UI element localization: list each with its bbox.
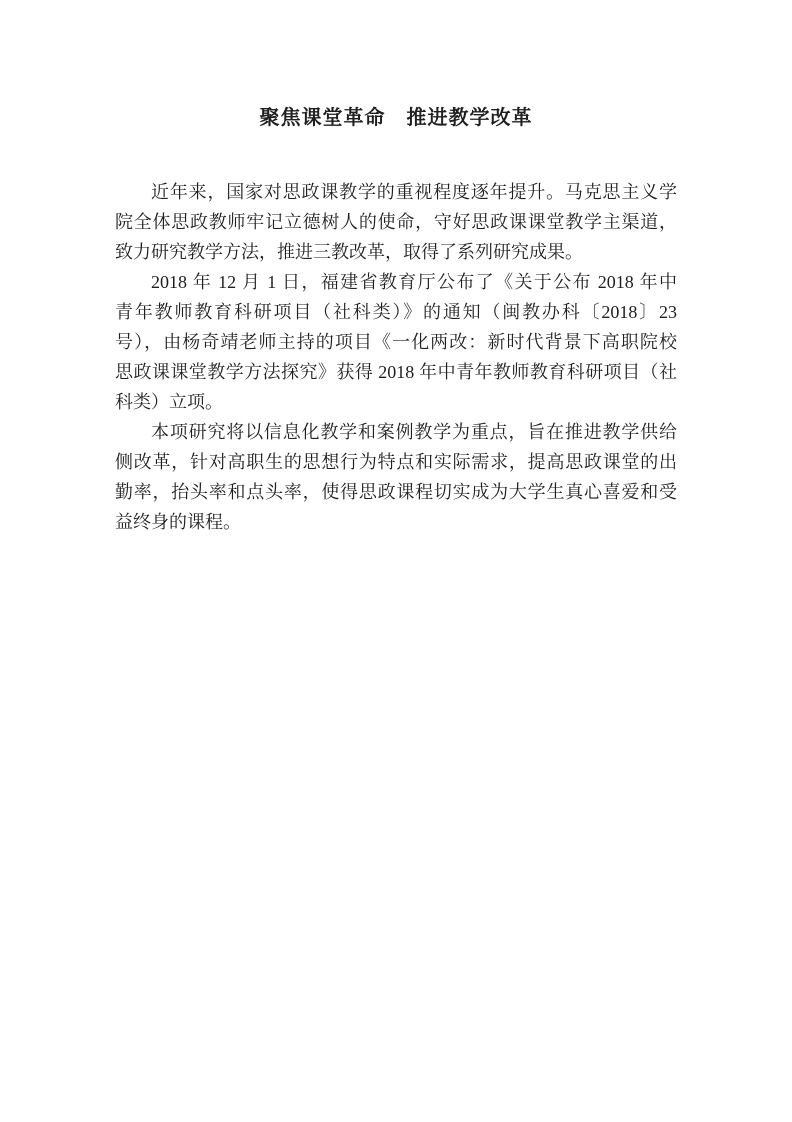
text-line: 2018 年 12 月 1 日，福建省教育厅公布了《关于公布 2018 年中 <box>115 267 677 297</box>
text-line: 本项研究将以信息化教学和案例教学为重点，旨在推进教学供给 <box>115 417 677 447</box>
text-line: 益终身的课程。 <box>115 507 677 537</box>
text-line: 号），由杨奇靖老师主持的项目《一化两改：新时代背景下高职院校 <box>115 327 677 357</box>
paragraph: 2018 年 12 月 1 日，福建省教育厅公布了《关于公布 2018 年中青年… <box>115 267 677 417</box>
document-body: 近年来，国家对思政课教学的重视程度逐年提升。马克思主义学院全体思政教师牢记立德树… <box>115 177 677 537</box>
document-title: 聚焦课堂革命 推进教学改革 <box>115 104 677 132</box>
text-line: 院全体思政教师牢记立德树人的使命，守好思政课课堂教学主渠道， <box>115 207 677 237</box>
text-line: 致力研究教学方法，推进三教改革，取得了系列研究成果。 <box>115 237 677 267</box>
document-page: 聚焦课堂革命 推进教学改革 近年来，国家对思政课教学的重视程度逐年提升。马克思主… <box>0 0 792 1122</box>
paragraph: 本项研究将以信息化教学和案例教学为重点，旨在推进教学供给侧改革，针对高职生的思想… <box>115 417 677 537</box>
text-line: 科类）立项。 <box>115 387 677 417</box>
text-line: 青年教师教育科研项目（社科类）》的通知（闽教办科〔2018〕23 <box>115 297 677 327</box>
text-line: 侧改革，针对高职生的思想行为特点和实际需求，提高思政课堂的出 <box>115 447 677 477</box>
text-line: 思政课课堂教学方法探究》获得 2018 年中青年教师教育科研项目（社 <box>115 357 677 387</box>
text-line: 近年来，国家对思政课教学的重视程度逐年提升。马克思主义学 <box>115 177 677 207</box>
paragraph: 近年来，国家对思政课教学的重视程度逐年提升。马克思主义学院全体思政教师牢记立德树… <box>115 177 677 267</box>
text-line: 勤率，抬头率和点头率，使得思政课程切实成为大学生真心喜爱和受 <box>115 477 677 507</box>
